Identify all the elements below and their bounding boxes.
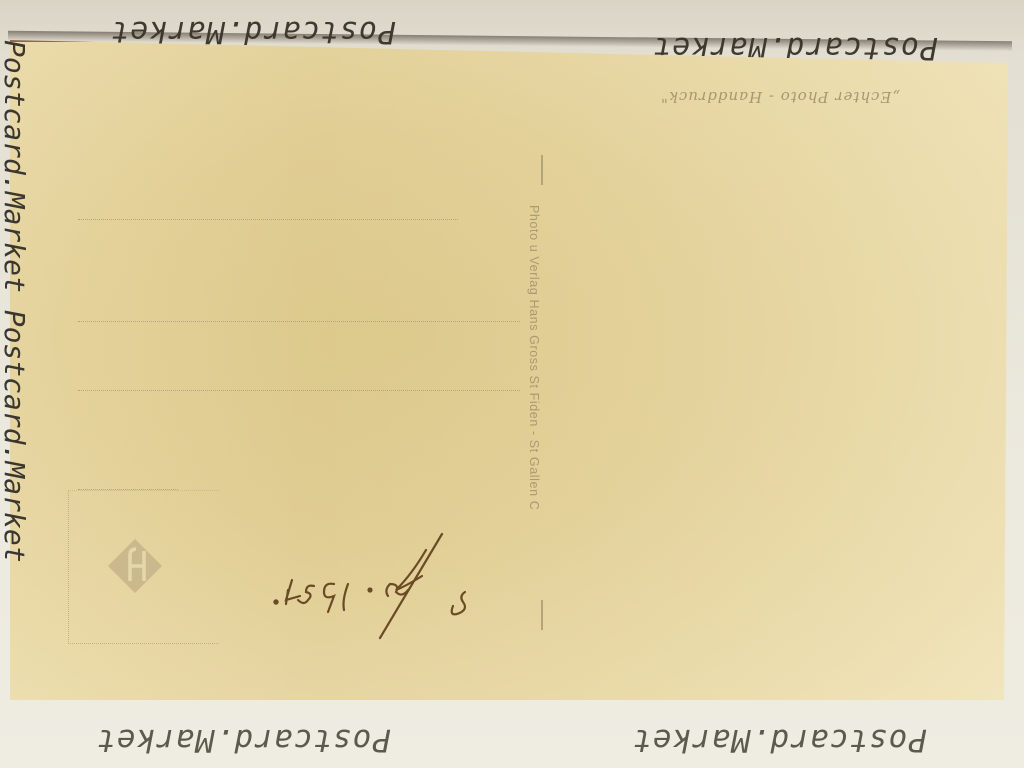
handwritten-date: 2 Aug. 1934. — [230, 520, 490, 650]
address-line-3 — [78, 390, 520, 391]
print-label: „Echter Photo - Handdruck" — [660, 88, 900, 106]
divider-tick-bottom — [541, 600, 543, 630]
publisher-imprint: Photo u Verlag Hans Gross St Fiden - St … — [527, 205, 541, 585]
watermark-left-side: Postcard.Market Postcard.Market — [0, 40, 31, 563]
watermark-bottom-left: Postcard.Market — [96, 722, 391, 758]
address-line-1 — [78, 219, 458, 220]
publisher-logo-icon — [106, 537, 164, 595]
address-line-2 — [78, 321, 520, 322]
watermark-bottom-right: Postcard.Market — [632, 722, 927, 758]
divider-tick-top — [541, 155, 543, 185]
